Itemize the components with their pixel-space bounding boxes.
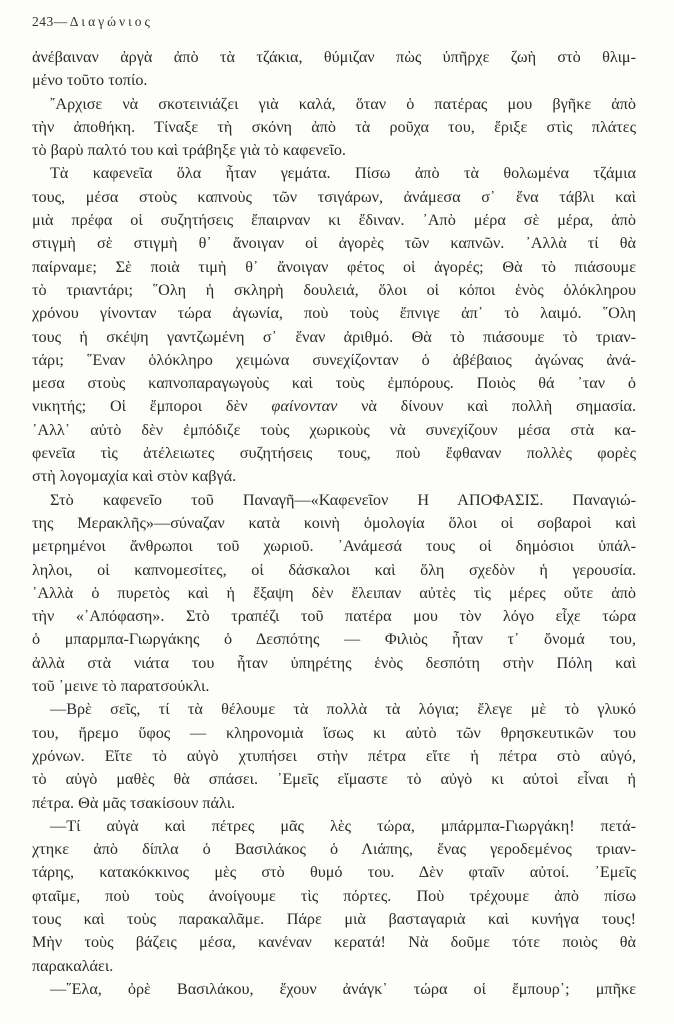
- text-line: παίρναμε; Σὲ ποιὰ τιμὴ θ᾽ ἄνοιγαν φέτος …: [32, 256, 636, 279]
- text-line: της Μερακλῆς»—σύναζαν κατὰ κοινὴ ὁμολογί…: [32, 512, 636, 535]
- text-line: —Τί αὐγὰ καὶ πέτρες μᾶς λὲς τώρα, μπάρμπ…: [32, 815, 636, 838]
- text-line: ληλοι, οἱ καπνομεσίτες, οἱ δάσκαλοι καὶ …: [32, 559, 636, 582]
- text-line: ἀνέβαιναν ἀργὰ ἀπὸ τὰ τζάκια, θύμιζαν πὼ…: [32, 46, 636, 69]
- text-line: τὴν ἀποθήκη. Τίναξε τὴ σκόνη ἀπὸ τὰ ροῦχ…: [32, 116, 636, 139]
- text-line: μετρημένοι ἄνθρωποι τοῦ χωριοῦ. ᾽Ανάμεσά…: [32, 535, 636, 558]
- text-line: μένο τοῦτο τοπίο.: [32, 69, 636, 92]
- text-line: τὸ τριαντάρι; ῞Ολη ἡ σκληρὴ δουλειά, ὅλο…: [32, 279, 636, 302]
- text-line: τὴν «᾽Απόφαση». Στὸ τραπέζι τοῦ πατέρα μ…: [32, 605, 636, 628]
- text-line: τὸ βαρὺ παλτό του καὶ τράβηξε γιὰ τὸ καφ…: [32, 139, 636, 162]
- text-line: χρόνου γίνονταν τώρα ἀγωνία, ποὺ τοὺς ἔπ…: [32, 302, 636, 325]
- text-line: ὁ μπαρμπα-Γιωργάκης ὁ Δεσπότης — Φιλιὸς …: [32, 628, 636, 651]
- text-line: τάρι; ῞Εναν ὁλόκληρο χειμώνα συνεχίζοντα…: [32, 349, 636, 372]
- text-line: πέτρα. Θὰ μᾶς τσακίσουν πάλι.: [32, 792, 636, 815]
- text-line: χτηκε ἀπὸ δίπλα ὁ Βασιλάκος ὁ Λιάπης, ἕν…: [32, 838, 636, 861]
- text-line: χρόνων. Εἴτε τὸ αὐγὸ χτυπήσει στὴν πέτρα…: [32, 745, 636, 768]
- book-page: 243—Διαγώνιος ἀνέβαιναν ἀργὰ ἀπὸ τὰ τζάκ…: [0, 0, 674, 1024]
- text-line: —῞Ελα, ὀρὲ Βασιλάκου, ἔχουν ἀνάγκ᾽ τώρα …: [32, 978, 636, 1001]
- text-line: φενεῖα τὶς ἀτέλειωτες συζητήσεις τους, π…: [32, 442, 636, 465]
- body-text: ἀνέβαιναν ἀργὰ ἀπὸ τὰ τζάκια, θύμιζαν πὼ…: [32, 46, 636, 1001]
- header-separator: —: [54, 14, 68, 29]
- text-line: τους ἡ σκέψη γαντζωμένη σ᾽ ἕναν ἀριθμό. …: [32, 326, 636, 349]
- text-line: τοῦ ᾽μεινε τὸ παρατσούκλι.: [32, 675, 636, 698]
- text-line: στὴ λογομαχία καὶ στὸν καβγά.: [32, 465, 636, 488]
- text-line: μιὰ πρέφα οἱ συζητήσεις ἔπαιρναν κι ἔδιν…: [32, 209, 636, 232]
- text-line: Στὸ καφενεῖο τοῦ Παναγῆ—«Καφενεῖον Η ΑΠΟ…: [32, 489, 636, 512]
- text-line: τους, μέσα στοὺς καπνοὺς τῶν τσιγάρων, ἀ…: [32, 186, 636, 209]
- text-line: —Βρὲ σεῖς, τί τὰ θέλουμε τὰ πολλὰ τὰ λόγ…: [32, 698, 636, 721]
- running-title: Διαγώνιος: [70, 14, 153, 29]
- page-number: 243: [32, 14, 54, 29]
- text-line: τους καὶ τοὺς παρακαλᾶμε. Πάρε μιὰ βαστα…: [32, 908, 636, 931]
- text-line: παρακαλάει.: [32, 955, 636, 978]
- running-header: 243—Διαγώνιος: [32, 14, 153, 30]
- text-line: ἀλλὰ στὰ νιάτα του ἦταν ὑπηρέτης ἑνὸς δε…: [32, 652, 636, 675]
- text-line: ᾽Αλλ᾽ αὐτὸ δὲν ἐμπόδιζε τοὺς χωρικοὺς νὰ…: [32, 419, 636, 442]
- text-line: μεσα στοὺς καπνοπαραγωγοὺς καὶ τοὺς ἐμπό…: [32, 372, 636, 395]
- text-line: ῎Αρχισε νὰ σκοτεινιάζει γιὰ καλά, ὅταν ὁ…: [32, 93, 636, 116]
- text-line: Μὴν τοὺς βάζεις μέσα, κανέναν κερατά! Νὰ…: [32, 931, 636, 954]
- text-line: Τὰ καφενεῖα ὅλα ἦταν γεμάτα. Πίσω ἀπὸ τὰ…: [32, 162, 636, 185]
- text-line: φταῖμε, ποὺ τοὺς ἀνοίγουμε τὶς πόρτες. Π…: [32, 885, 636, 908]
- text-line: τὸ αὐγὸ μαθὲς θὰ σπάσει. ᾽Εμεῖς εἴμαστε …: [32, 768, 636, 791]
- text-line: του, ἤρεμο ὕφος — κληρονομιὰ ἴσως κι αὐτ…: [32, 722, 636, 745]
- text-line: νικητής; Οἱ ἔμποροι δὲν φαίνονταν νὰ δίν…: [32, 395, 636, 418]
- text-line: ᾽Αλλὰ ὁ πυρετὸς καὶ ἡ ἔξαψη δὲν ἔλειπαν …: [32, 582, 636, 605]
- text-line: τάρης, κατακόκκινος μὲς στὸ θυμό του. Δὲ…: [32, 861, 636, 884]
- text-line: στιγμὴ σὲ στιγμὴ θ᾽ ἄνοιγαν οἱ ἀγορὲς τῶ…: [32, 232, 636, 255]
